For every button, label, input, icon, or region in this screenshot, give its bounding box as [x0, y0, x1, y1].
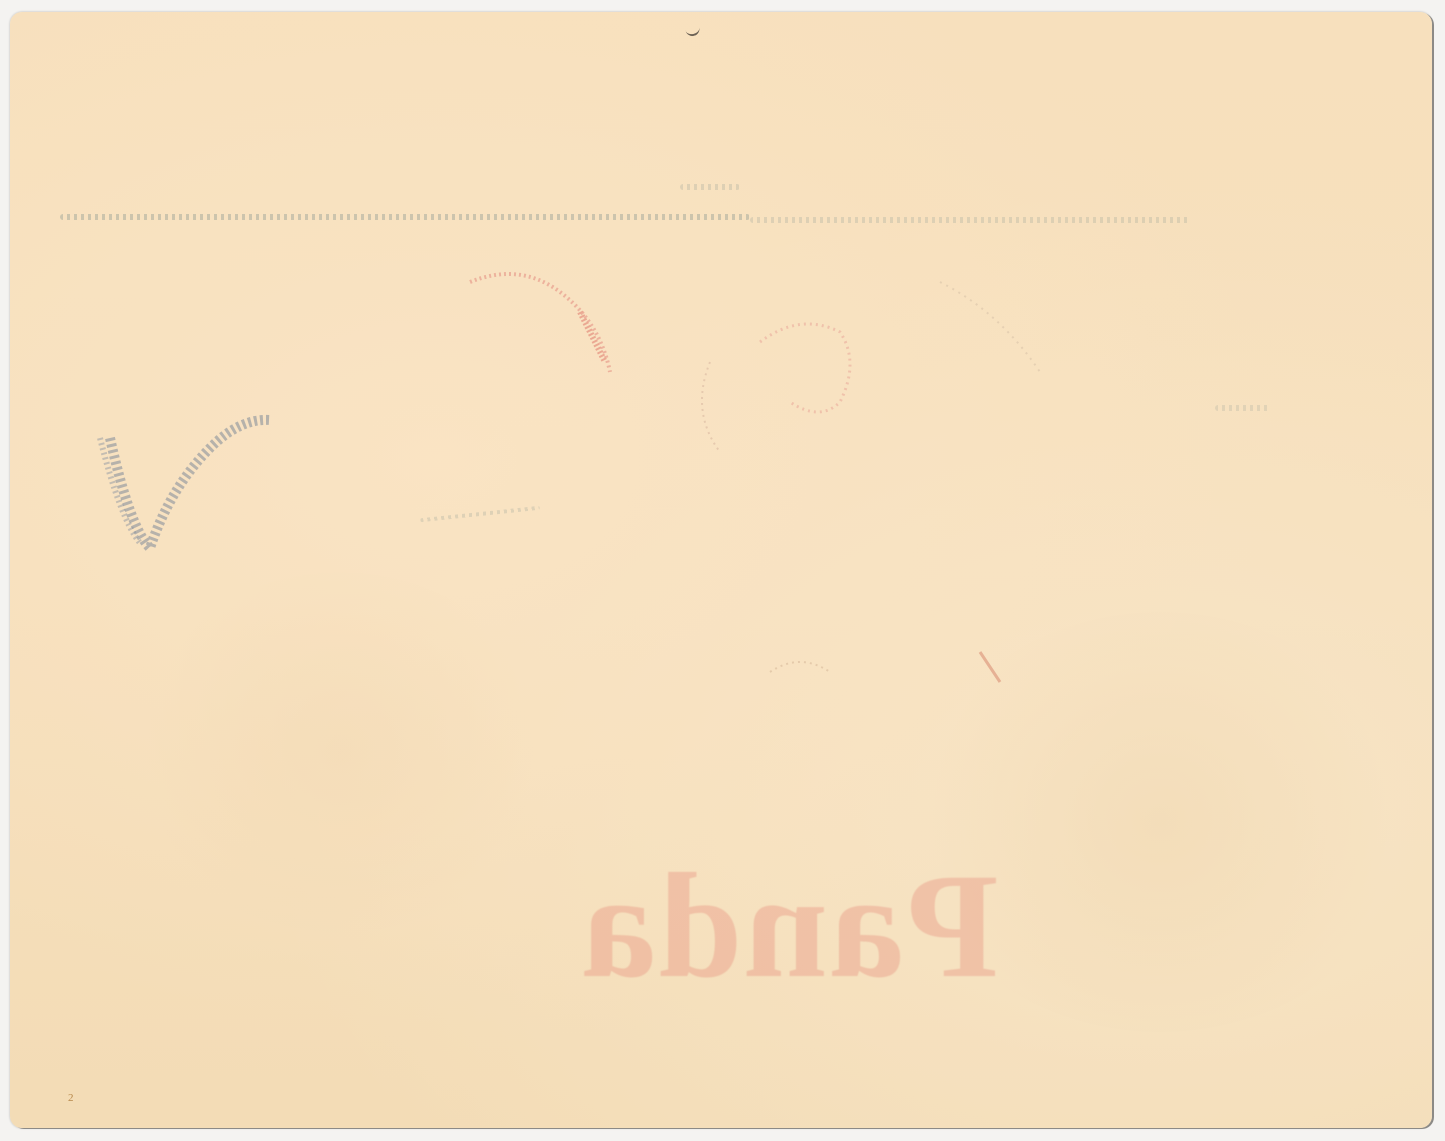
faint-text-line [60, 214, 750, 220]
ghost-figure-outline [440, 252, 1060, 712]
paper-card: Panda 2 [10, 12, 1432, 1128]
mirrored-title-bleed: Panda [580, 840, 998, 1012]
faint-text-line [750, 217, 1190, 223]
faint-text-line [680, 184, 740, 190]
corner-number-mark: 2 [68, 1092, 74, 1104]
pencil-check-mark [90, 408, 280, 558]
faint-text-line [1215, 405, 1270, 411]
edge-nick-mark [685, 27, 700, 38]
